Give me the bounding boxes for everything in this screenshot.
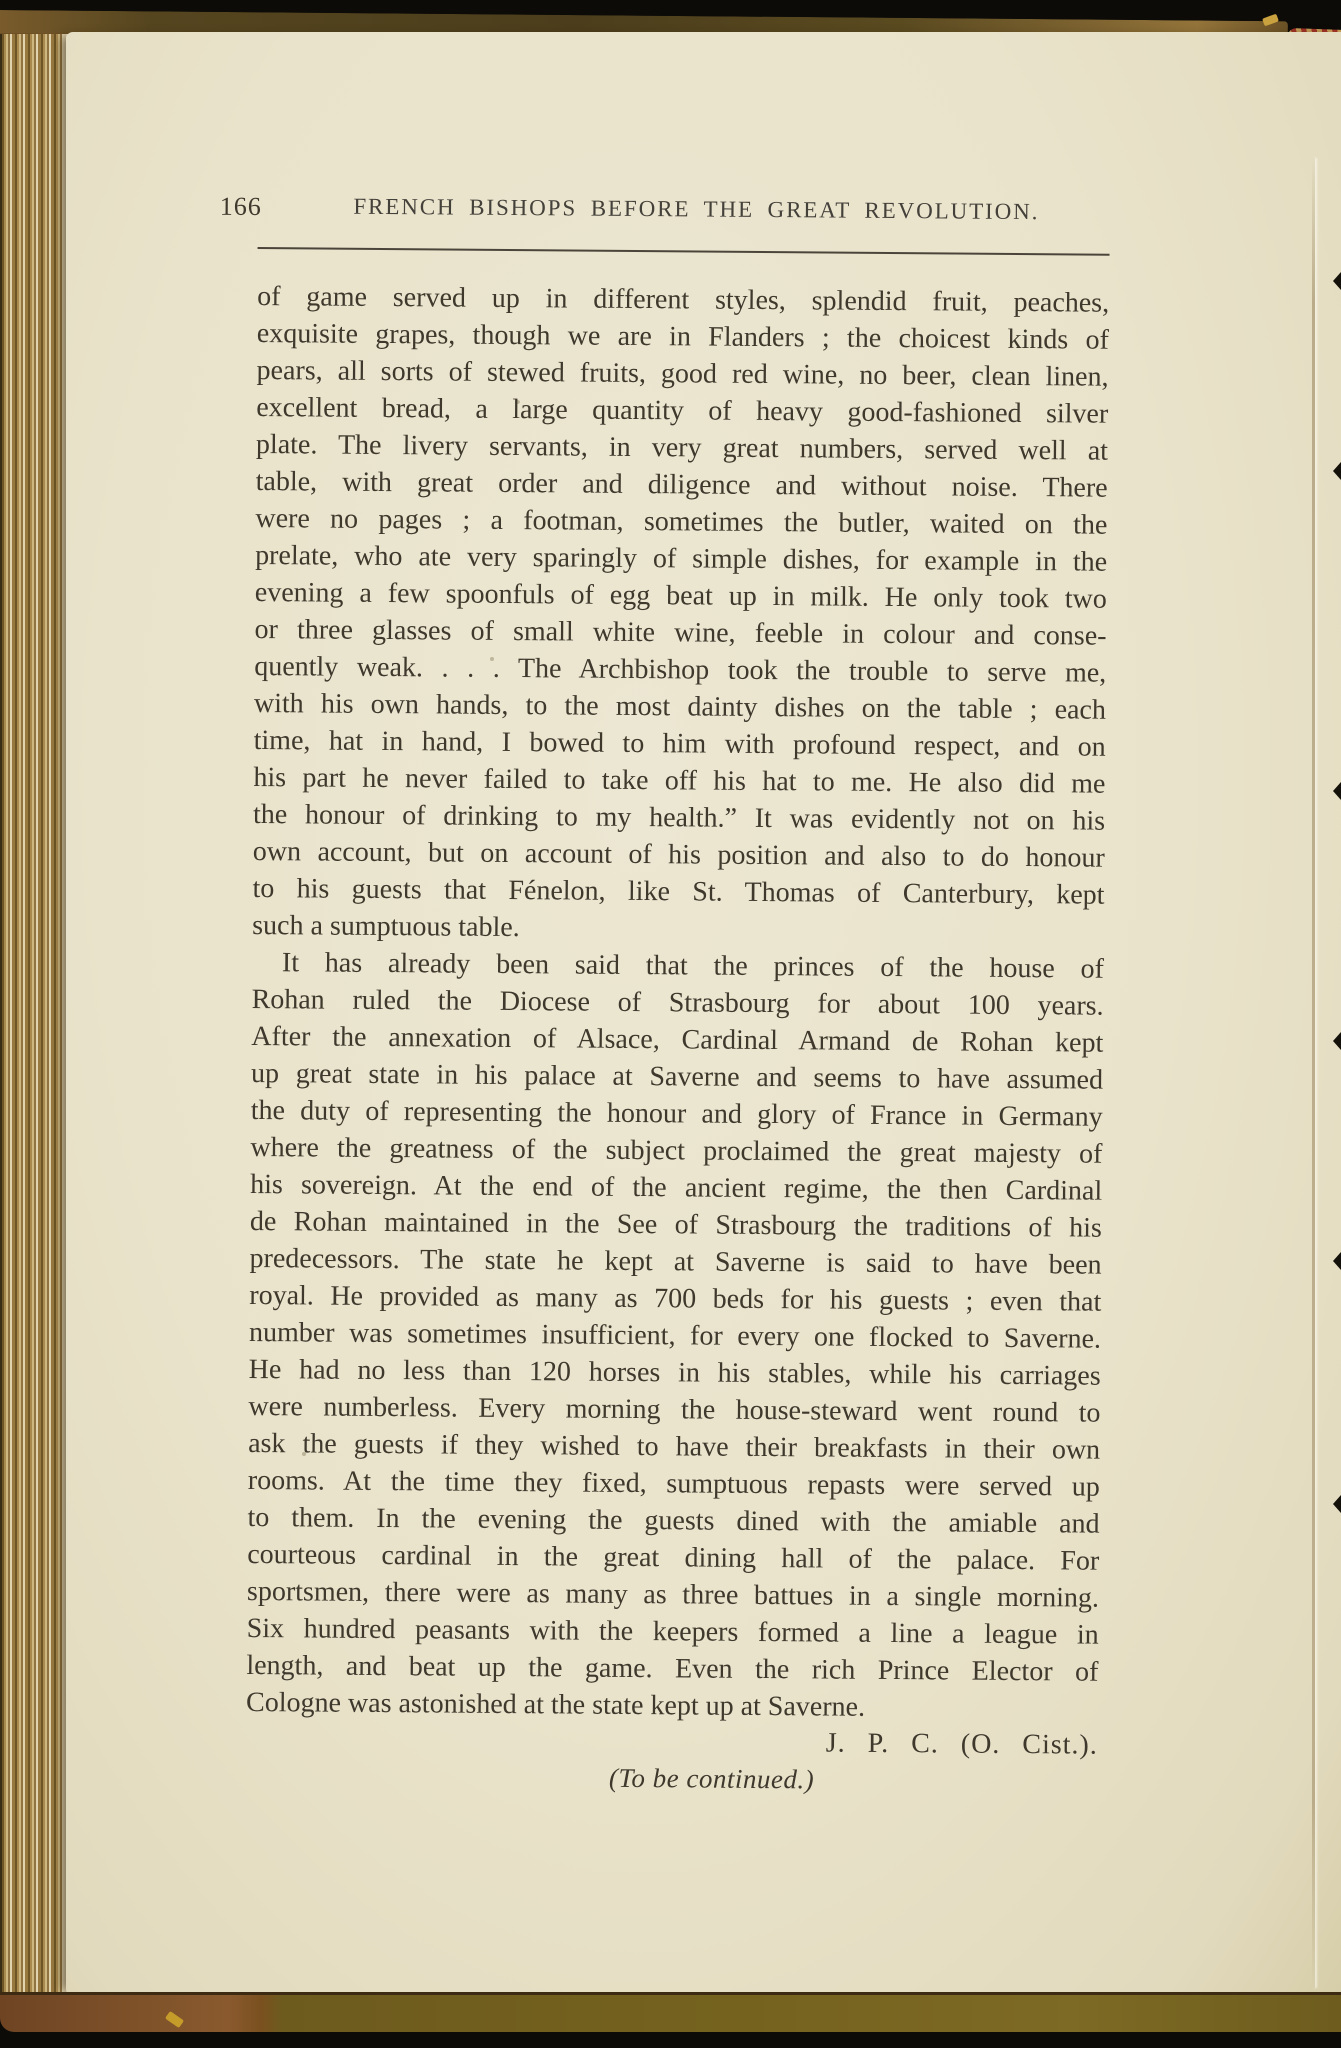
body-text: of game served up in different styles, s… xyxy=(246,278,1109,1728)
running-header: 166 FRENCH BISHOPS BEFORE THE GREAT REVO… xyxy=(258,190,1110,237)
page-title: FRENCH BISHOPS BEFORE THE GREAT REVOLUTI… xyxy=(283,190,1110,225)
paragraph-2: It has already been said that the prince… xyxy=(246,944,1104,1728)
printed-page-content: 166 FRENCH BISHOPS BEFORE THE GREAT REVO… xyxy=(245,190,1110,1827)
continuation-note: (To be continued.) xyxy=(285,1760,1137,1798)
header-rule xyxy=(258,247,1110,256)
paragraph-1: of game served up in different styles, s… xyxy=(252,278,1109,951)
book-bottom-cover-edge xyxy=(0,1992,1341,2032)
book-scan-photo: { "page": { "number": "166", "header_tit… xyxy=(0,0,1341,2048)
text-line: Cologne was astonished at the state kept… xyxy=(246,1684,1098,1728)
author-signature: J. P. C. (O. Cist.). xyxy=(246,1723,1098,1762)
page-number: 166 xyxy=(220,192,262,222)
gutter-crease xyxy=(1312,158,1315,1988)
